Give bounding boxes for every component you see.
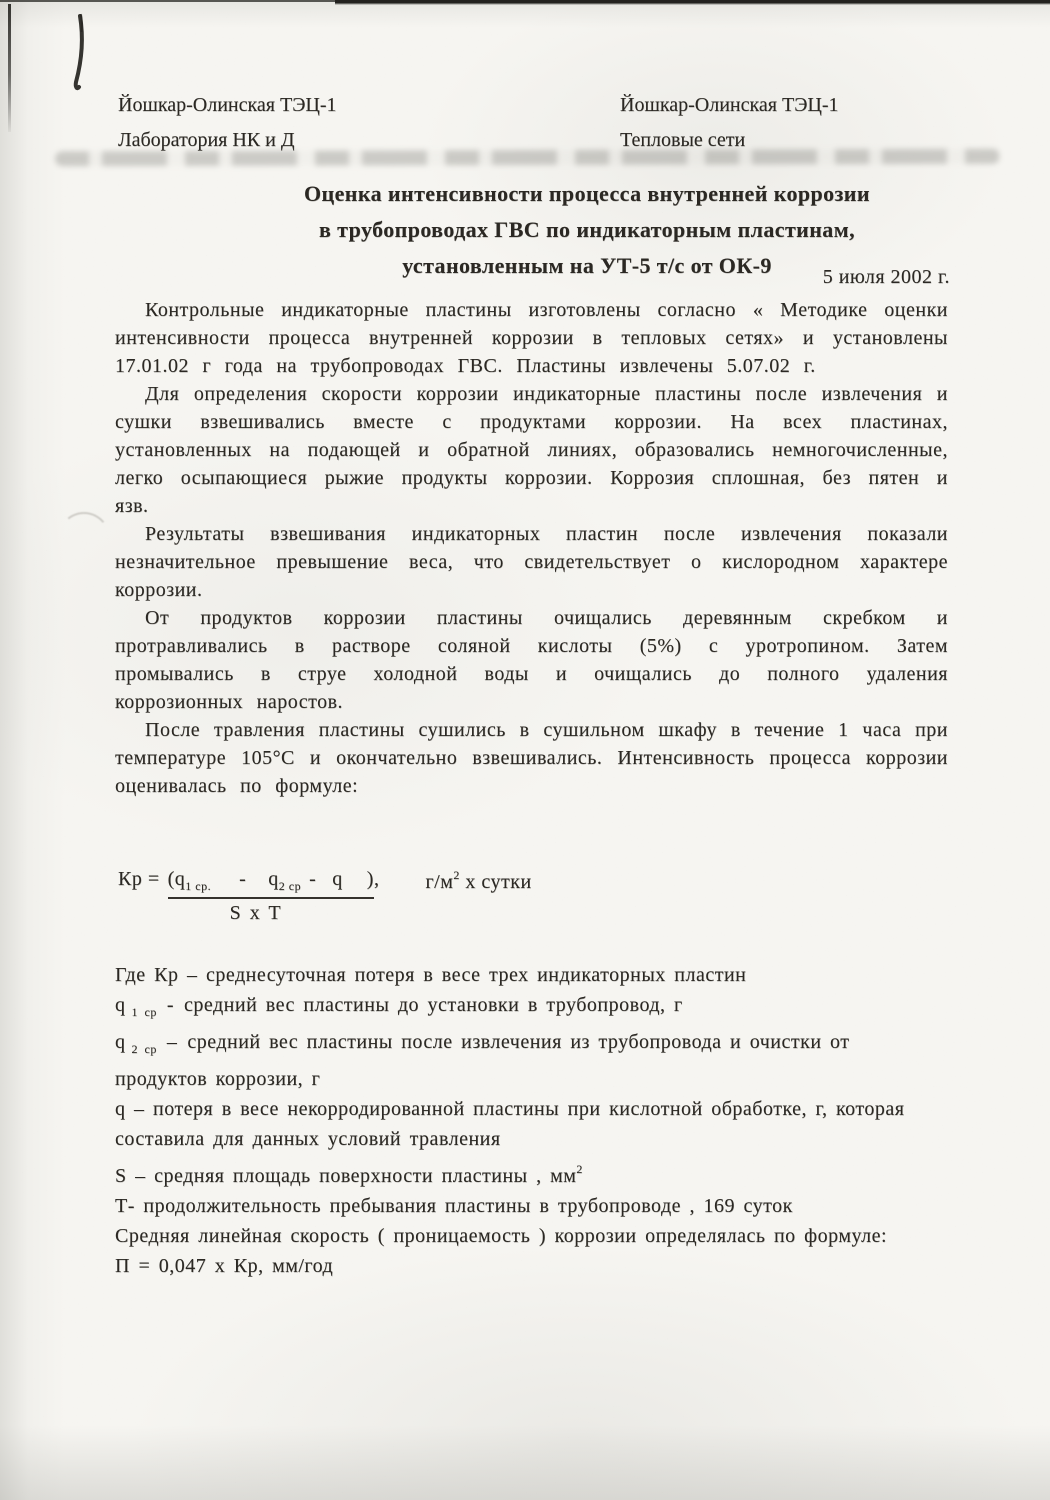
definition-q1-subscript: 1 ср xyxy=(132,1005,157,1019)
formula-minus-2: - xyxy=(309,868,316,890)
formula-units-base: г/м xyxy=(425,871,453,893)
formula-q2: q xyxy=(268,868,279,890)
definition-s: S – средняя площадь поверхности пластины… xyxy=(115,1154,948,1191)
formula-units-exponent: 2 xyxy=(453,868,460,882)
document-body: Контрольные индикаторные пластины изгото… xyxy=(115,296,948,800)
definition-q2-dash: – xyxy=(167,1031,178,1053)
letterhead-right-dept: Тепловые сети xyxy=(620,123,946,158)
title-line-1: Оценка интенсивности процесса внутренней… xyxy=(171,176,1003,212)
formula-denominator: S x T xyxy=(230,902,380,925)
formula-minus-1: - xyxy=(239,868,246,890)
title-line-2: в трубопроводах ГВС по индикаторным плас… xyxy=(171,212,1003,248)
paragraph-3: Результаты взвешивания индикаторных плас… xyxy=(115,520,948,604)
letterhead-right: Йошкар-Олинская ТЭЦ-1 Тепловые сети xyxy=(620,88,946,158)
hole-punch-mark xyxy=(55,509,112,566)
definition-q1: q1 ср-средний вес пластины до установки … xyxy=(115,990,948,1027)
definition-s-text: S – средняя площадь поверхности пластины… xyxy=(115,1165,576,1187)
definition-t: Т- продолжительность пребывания пластины… xyxy=(115,1191,948,1221)
definition-q1-symbol: q xyxy=(115,994,126,1016)
formula-units-tail: х сутки xyxy=(465,871,531,893)
definition-s-exponent: 2 xyxy=(576,1162,583,1176)
letterhead: Йошкар-Олинская ТЭЦ-1 Лаборатория НК и Д… xyxy=(118,88,946,158)
letterhead-left: Йошкар-Олинская ТЭЦ-1 Лаборатория НК и Д xyxy=(118,88,620,158)
definition-q1-text: средний вес пластины до установки в труб… xyxy=(184,994,683,1016)
pen-mark xyxy=(60,8,98,100)
definition-q2-symbol: q xyxy=(115,1031,126,1053)
formula-q1-subscript: 1 ср. xyxy=(185,879,211,893)
formula-q1: (q xyxy=(168,868,186,890)
definition-kp: Где Кр – среднесуточная потеря в весе тр… xyxy=(115,960,948,990)
formula-close-paren: ) xyxy=(367,868,374,890)
formula-numerator: (q1 ср.-q2 ср-q) xyxy=(168,868,374,899)
corrosion-rate-formula: Кр = (q1 ср.-q2 ср-q), S x T г/м2 х сутк… xyxy=(118,868,532,925)
scan-top-edge-line-thick xyxy=(335,0,1050,5)
symbol-definitions: Где Кр – среднесуточная потеря в весе тр… xyxy=(115,960,948,1281)
paragraph-1: Контрольные индикаторные пластины изгото… xyxy=(115,296,948,380)
document-date: 5 июля 2002 г. xyxy=(823,266,950,289)
letterhead-right-org: Йошкар-Олинская ТЭЦ-1 xyxy=(620,88,946,123)
formula-q3: q xyxy=(332,868,343,890)
definition-q: q – потеря в весе некорродированной плас… xyxy=(115,1094,948,1154)
definition-q1-dash: - xyxy=(167,994,174,1016)
scan-left-edge-line xyxy=(8,4,11,132)
formula-fraction: (q1 ср.-q2 ср-q), S x T xyxy=(168,868,380,925)
definition-q2-subscript: 2 ср xyxy=(132,1042,157,1056)
paragraph-4: От продуктов коррозии пластины очищались… xyxy=(115,604,948,716)
definition-q2: q2 ср–средний вес пластины после извлече… xyxy=(115,1027,948,1094)
letterhead-left-org: Йошкар-Олинская ТЭЦ-1 xyxy=(118,88,620,123)
formula-lhs: Кр = xyxy=(118,868,160,891)
permeability-formula: П = 0,047 х Кр, мм/год xyxy=(115,1251,948,1281)
paragraph-2: Для определения скорости коррозии индика… xyxy=(115,380,948,520)
formula-comma: , xyxy=(374,868,380,890)
definition-speed: Средняя линейная скорость ( проницаемост… xyxy=(115,1221,948,1251)
letterhead-left-dept: Лаборатория НК и Д xyxy=(118,123,620,158)
paragraph-5: После травления пластины сушились в суши… xyxy=(115,716,948,800)
definition-q2-text: средний вес пластины после извлечения из… xyxy=(115,1031,850,1090)
scanned-document-page: Йошкар-Олинская ТЭЦ-1 Лаборатория НК и Д… xyxy=(0,0,1050,1500)
formula-units: г/м2 х сутки xyxy=(425,868,531,894)
formula-q2-subscript: 2 ср xyxy=(279,879,301,893)
